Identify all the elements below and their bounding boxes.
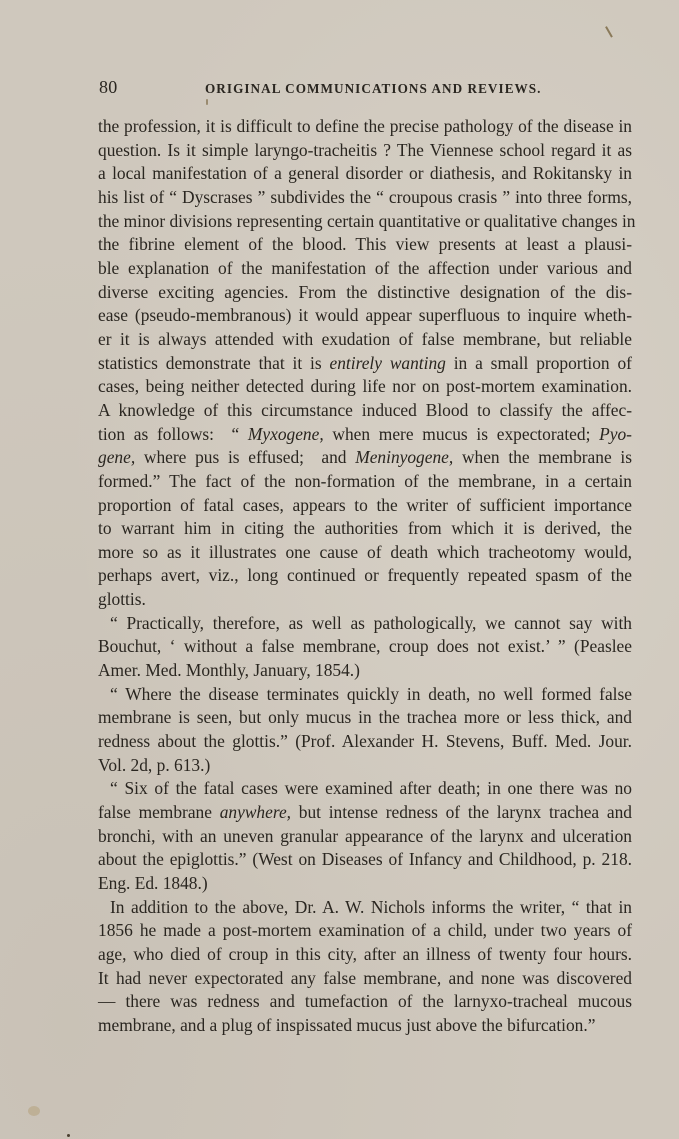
text-line: — there was redness and tumefaction of t… xyxy=(98,990,632,1014)
line-text: Amer. Med. Monthly, January, 1854.) xyxy=(98,660,360,680)
text-line: gene, where pus is effused; and Meninyog… xyxy=(98,446,632,470)
line-text: Eng. Ed. 1848.) xyxy=(98,873,208,893)
line-text: Bouchut, ‘ without a false membrane, cro… xyxy=(98,636,632,656)
line-text: more so as it illustrates one cause of d… xyxy=(98,542,632,562)
text-line: 1856 he made a post-mortem examination o… xyxy=(98,919,632,943)
body-text: the profession, it is difficult to defin… xyxy=(98,115,632,1038)
italic-term: gene, xyxy=(98,447,135,467)
line-text: age, who died of croup in this city, aft… xyxy=(98,944,632,964)
text-line: ble explanation of the manifestation of … xyxy=(98,257,632,281)
line-text: a local manifestation of a general disor… xyxy=(98,163,632,183)
line-text: “ Six of the fatal cases were examined a… xyxy=(110,778,632,798)
text-line: “ Practically, therefore, as well as pat… xyxy=(98,612,632,636)
pencil-mark xyxy=(605,26,612,37)
text-line: more so as it illustrates one cause of d… xyxy=(98,541,632,565)
italic-term: Meninyogene, xyxy=(355,447,453,467)
text-line: diverse exciting agencies. From the dist… xyxy=(98,281,632,305)
text-line: glottis. xyxy=(98,588,632,612)
text-line: statistics demonstrate that it is entire… xyxy=(98,352,632,376)
text-line: “ Where the disease terminates quickly i… xyxy=(98,683,632,707)
line-text: formed.” The fact of the non-formation o… xyxy=(98,471,632,491)
text-line: the profession, it is difficult to defin… xyxy=(98,115,632,139)
line-text: question. Is it simple laryngo-tracheiti… xyxy=(98,140,632,160)
text-line: age, who died of croup in this city, aft… xyxy=(98,943,632,967)
line-text: er it is always attended with exudation … xyxy=(98,329,632,349)
line-text: glottis. xyxy=(98,589,146,609)
line-text: In addition to the above, Dr. A. W. Nich… xyxy=(110,897,632,917)
line-text: proportion of fatal cases, appears to th… xyxy=(98,495,632,515)
line-text: but intense redness of the larynx trache… xyxy=(291,802,632,822)
line-text: membrane, and a plug of inspissated mucu… xyxy=(98,1015,595,1035)
text-line: perhaps avert, viz., long continued or f… xyxy=(98,564,632,588)
text-line: redness about the glottis.” (Prof. Alexa… xyxy=(98,730,632,754)
text-line: It had never expectorated any false memb… xyxy=(98,967,632,991)
line-text: the profession, it is difficult to defin… xyxy=(98,116,632,136)
running-head: ORIGINAL COMMUNICATIONS AND REVIEWS. xyxy=(205,81,529,97)
text-line: the fibrine element of the blood. This v… xyxy=(98,233,632,257)
text-line: proportion of fatal cases, appears to th… xyxy=(98,494,632,518)
line-text: 1856 he made a post-mortem examination o… xyxy=(98,920,632,940)
ink-speck xyxy=(206,99,208,105)
text-line: a local manifestation of a general disor… xyxy=(98,162,632,186)
line-text: Vol. 2d, p. 613.) xyxy=(98,755,210,775)
line-text: in a small proportion of xyxy=(446,353,632,373)
line-text: — there was redness and tumefaction of t… xyxy=(98,991,632,1011)
italic-term: entirely wanting xyxy=(330,353,446,373)
line-text: statistics demonstrate that it is xyxy=(98,353,330,373)
text-line: Eng. Ed. 1848.) xyxy=(98,872,632,896)
line-text: cases, being neither detected during lif… xyxy=(98,376,632,396)
italic-term: anywhere, xyxy=(220,802,291,822)
italic-term: Myxogene, xyxy=(248,424,324,444)
line-text: false membrane xyxy=(98,802,220,822)
line-text: the fibrine element of the blood. This v… xyxy=(98,234,632,254)
line-text: “ Practically, therefore, as well as pat… xyxy=(110,613,632,633)
line-text: about the epiglottis.” (West on Diseases… xyxy=(98,849,632,869)
line-text: redness about the glottis.” (Prof. Alexa… xyxy=(98,731,632,751)
ink-speck xyxy=(67,1134,70,1137)
line-text: where pus is effused; and xyxy=(135,447,355,467)
text-line: Amer. Med. Monthly, January, 1854.) xyxy=(98,659,632,683)
text-line: Bouchut, ‘ without a false membrane, cro… xyxy=(98,635,632,659)
text-line: ease (pseudo-membranous) it would appear… xyxy=(98,304,632,328)
text-line: tion as follows: “ Myxogene, when mere m… xyxy=(98,423,632,447)
line-text: “ Where the disease terminates quickly i… xyxy=(110,684,632,704)
text-line: membrane is seen, but only mucus in the … xyxy=(98,706,632,730)
line-text: membrane is seen, but only mucus in the … xyxy=(98,707,632,727)
text-line: “ Six of the fatal cases were examined a… xyxy=(98,777,632,801)
line-text: the minor divisions representing certain… xyxy=(98,211,636,231)
line-text: tion as follows: “ xyxy=(98,424,248,444)
text-line: false membrane anywhere, but intense red… xyxy=(98,801,632,825)
line-text: when mere mucus is expectorated; xyxy=(324,424,599,444)
italic-term: Pyo- xyxy=(599,424,632,444)
text-line: er it is always attended with exudation … xyxy=(98,328,632,352)
text-line: question. Is it simple laryngo-tracheiti… xyxy=(98,139,632,163)
line-text: It had never expectorated any false memb… xyxy=(98,968,632,988)
foxing-stain xyxy=(28,1106,40,1116)
text-line: membrane, and a plug of inspissated mucu… xyxy=(98,1014,632,1038)
text-line: In addition to the above, Dr. A. W. Nich… xyxy=(98,896,632,920)
text-line: formed.” The fact of the non-formation o… xyxy=(98,470,632,494)
text-line: the minor divisions representing certain… xyxy=(98,210,632,234)
line-text: ease (pseudo-membranous) it would appear… xyxy=(98,305,632,325)
text-line: his list of “ Dyscrases ” subdivides the… xyxy=(98,186,632,210)
line-text: ble explanation of the manifestation of … xyxy=(98,258,632,278)
page-number: 80 xyxy=(99,77,117,98)
line-text: bronchi, with an uneven granular appeara… xyxy=(98,826,632,846)
text-line: to warrant him in citing the authorities… xyxy=(98,517,632,541)
line-text: A knowledge of this circumstance induced… xyxy=(98,400,632,420)
text-line: Vol. 2d, p. 613.) xyxy=(98,754,632,778)
line-text: perhaps avert, viz., long continued or f… xyxy=(98,565,632,585)
line-text: when the membrane is xyxy=(453,447,632,467)
text-line: A knowledge of this circumstance induced… xyxy=(98,399,632,423)
line-text: diverse exciting agencies. From the dist… xyxy=(98,282,632,302)
line-text: his list of “ Dyscrases ” subdivides the… xyxy=(98,187,632,207)
text-line: cases, being neither detected during lif… xyxy=(98,375,632,399)
text-line: bronchi, with an uneven granular appeara… xyxy=(98,825,632,849)
text-line: about the epiglottis.” (West on Diseases… xyxy=(98,848,632,872)
line-text: to warrant him in citing the authorities… xyxy=(98,518,632,538)
